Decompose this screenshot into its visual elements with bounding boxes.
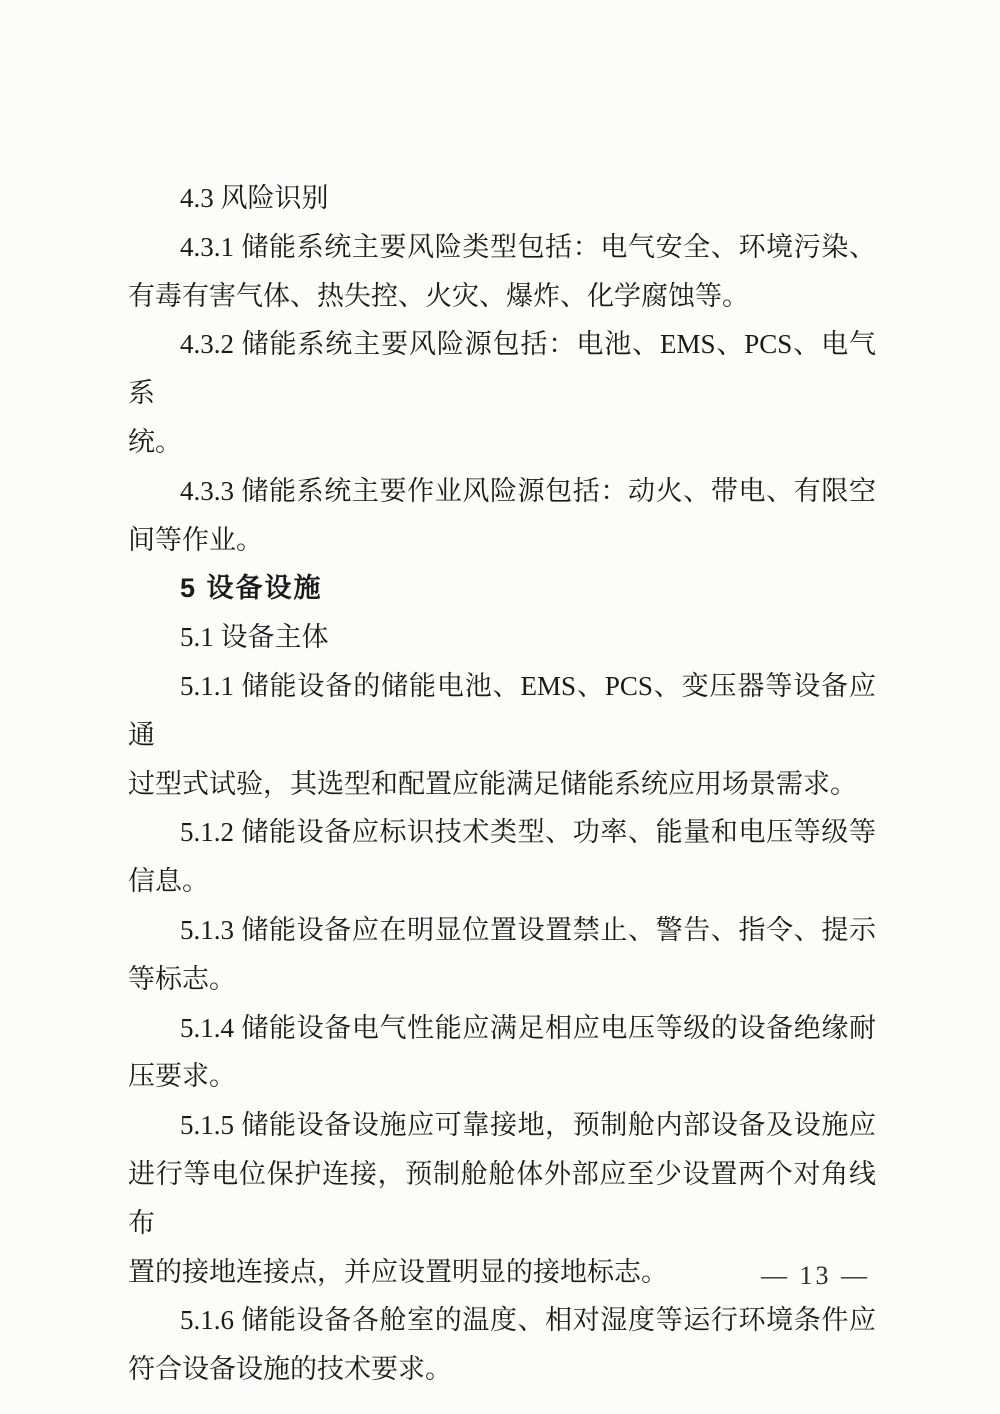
text-line: 4.3 风险识别 [128, 174, 876, 223]
clause-4-3-2: 4.3.2 储能系统主要风险源包括：电池、EMS、PCS、电气系 统。 [128, 320, 876, 466]
document-page: 4.3 风险识别 4.3.1 储能系统主要风险类型包括：电气安全、环境污染、 有… [0, 0, 1000, 1414]
page-number: — 13 — [761, 1261, 870, 1291]
clause-4-3-1: 4.3.1 储能系统主要风险类型包括：电气安全、环境污染、 有毒有害气体、热失控… [128, 223, 876, 321]
text-line: 过型式试验，其选型和配置应能满足储能系统应用场景需求。 [128, 760, 876, 809]
clause-5-1-6: 5.1.6 储能设备各舱室的温度、相对湿度等运行环境条件应 符合设备设施的技术要… [128, 1296, 876, 1394]
text-line: 4.3.3 储能系统主要作业风险源包括：动火、带电、有限空 [128, 467, 876, 516]
text-line: 进行等电位保护连接，预制舱舱体外部应至少设置两个对角线布 [128, 1150, 876, 1248]
clause-5-1-4: 5.1.4 储能设备电气性能应满足相应电压等级的设备绝缘耐 压要求。 [128, 1004, 876, 1102]
clause-heading-5-1: 5.1 设备主体 [128, 613, 876, 662]
text-line: 统。 [128, 418, 876, 467]
text-line: 压要求。 [128, 1052, 876, 1101]
text-line: 5.1 设备主体 [128, 613, 876, 662]
text-line: 5.1.3 储能设备应在明显位置设置禁止、警告、指令、提示 [128, 906, 876, 955]
text-line: 4.3.2 储能系统主要风险源包括：电池、EMS、PCS、电气系 [128, 320, 876, 418]
text-line: 有毒有害气体、热失控、火灾、爆炸、化学腐蚀等。 [128, 272, 876, 321]
clause-heading-4-3: 4.3 风险识别 [128, 174, 876, 223]
text-line: 5.1.2 储能设备应标识技术类型、功率、能量和电压等级等 [128, 808, 876, 857]
text-line: 5.1.5 储能设备设施应可靠接地，预制舱内部设备及设施应 [128, 1101, 876, 1150]
text-line: 5.1.1 储能设备的储能电池、EMS、PCS、变压器等设备应通 [128, 662, 876, 760]
text-line: 5.1.4 储能设备电气性能应满足相应电压等级的设备绝缘耐 [128, 1004, 876, 1053]
chapter-heading-5: 5 设备设施 [128, 564, 876, 613]
clause-5-1-1: 5.1.1 储能设备的储能电池、EMS、PCS、变压器等设备应通 过型式试验，其… [128, 662, 876, 808]
clause-5-1-3: 5.1.3 储能设备应在明显位置设置禁止、警告、指令、提示 等标志。 [128, 906, 876, 1004]
text-line: 5.1.6 储能设备各舱室的温度、相对湿度等运行环境条件应 [128, 1296, 876, 1345]
text-line: 等标志。 [128, 955, 876, 1004]
clause-5-1-2: 5.1.2 储能设备应标识技术类型、功率、能量和电压等级等 信息。 [128, 808, 876, 906]
text-line: 间等作业。 [128, 516, 876, 565]
document-content: 4.3 风险识别 4.3.1 储能系统主要风险类型包括：电气安全、环境污染、 有… [128, 174, 876, 1394]
text-line: 5 设备设施 [128, 564, 876, 613]
text-line: 符合设备设施的技术要求。 [128, 1345, 876, 1394]
text-line: 信息。 [128, 857, 876, 906]
clause-4-3-3: 4.3.3 储能系统主要作业风险源包括：动火、带电、有限空 间等作业。 [128, 467, 876, 565]
text-line: 4.3.1 储能系统主要风险类型包括：电气安全、环境污染、 [128, 223, 876, 272]
